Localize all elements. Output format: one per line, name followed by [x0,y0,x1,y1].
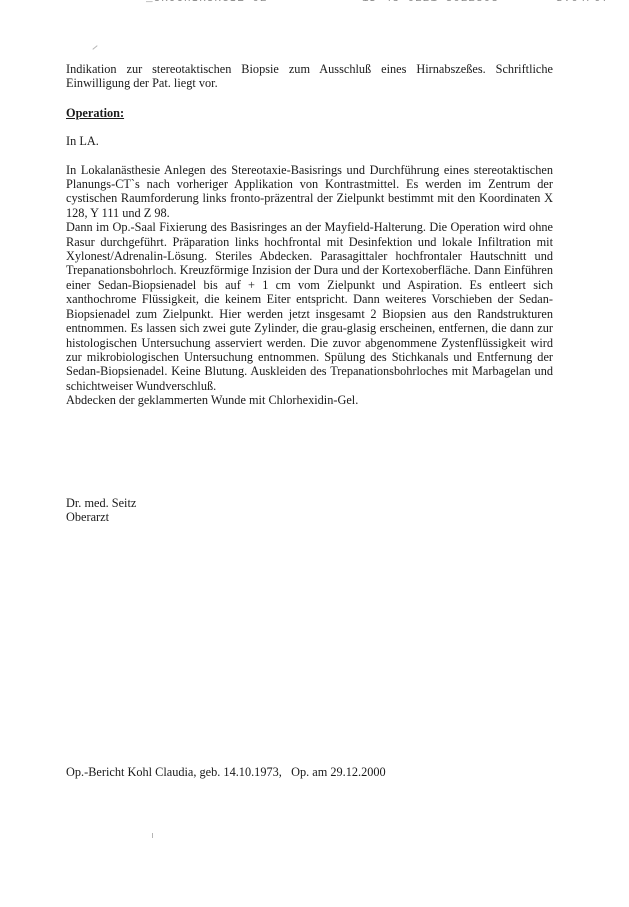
planning-paragraph: In Lokalanästhesie Anlegen des Stereotax… [66,163,553,221]
scan-artifact [152,833,153,838]
signer-name: Dr. med. Seitz [66,496,136,510]
procedure-paragraph: Dann im Op.-Saal Fixierung des Basisring… [66,220,553,393]
fax-sender: _UROCHIRURGIE 02 [146,0,268,5]
fax-number: 1D-45 0221 3022303 [362,0,499,5]
anesthesia-note: In LA. [66,134,553,148]
operation-heading: Operation: [66,106,553,120]
report-footer: Op.-Bericht Kohl Claudia, geb. 14.10.197… [66,765,386,779]
indication-paragraph: Indikation zur stereotaktischen Biopsie … [66,62,553,91]
signer-title: Oberarzt [66,510,136,524]
closure-paragraph: Abdecken der geklammerten Wunde mit Chlo… [66,393,553,407]
fax-page-number: S.04/07 [556,0,609,5]
scan-artifact [92,45,97,50]
signature-block: Dr. med. Seitz Oberarzt [66,496,136,525]
fax-header: _UROCHIRURGIE 02 1D-45 0221 3022303 S.04… [0,0,629,7]
report-body: Indikation zur stereotaktischen Biopsie … [66,62,553,408]
